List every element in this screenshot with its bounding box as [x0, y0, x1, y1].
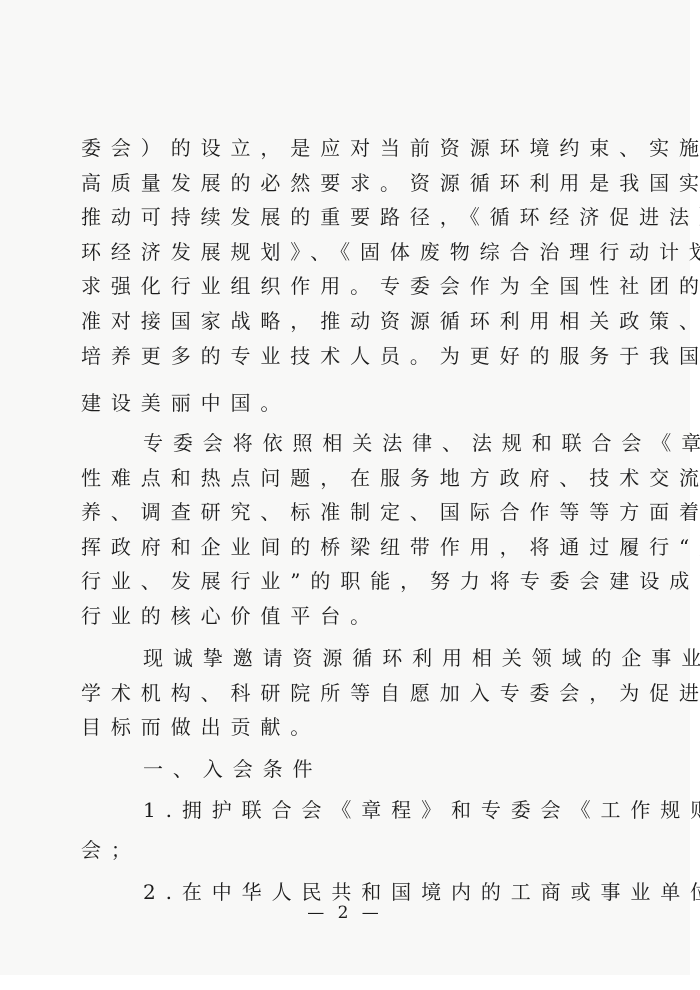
text-line: 建设美丽中国。: [81, 386, 611, 421]
text-line: 委会）的设立，是应对当前资源环境约束、实施双碳战略、推动: [81, 131, 611, 166]
text-line: 推动可持续发展的重要路径，《循环经济促进法》、《“十四五”循: [81, 200, 611, 235]
text-line: 环经济发展规划》、《固体废物综合治理行动计划》等政策明确要: [81, 235, 611, 270]
text-line: 会；: [81, 833, 611, 868]
text-line: 培养更多的专业技术人员。为更好的服务于我国的“双碳”战略，: [81, 339, 611, 374]
text-line: 挥政府和企业间的桥梁纽带作用，将通过履行“服务行业、自律: [81, 530, 611, 565]
text-line: 求强化行业组织作用。专委会作为全国性社团的分支机构，能精: [81, 269, 611, 304]
text-line: 目标而做出贡献。: [81, 710, 611, 745]
text-line: 行业、发展行业”的职能，努力将专委会建设成为资源循环利用: [81, 564, 611, 599]
paragraph-intro-continued: 委会）的设立，是应对当前资源环境约束、实施双碳战略、推动 高质量发展的必然要求。…: [81, 131, 611, 421]
page-number: — 2 —: [0, 903, 690, 923]
document-page: 委会）的设立，是应对当前资源环境约束、实施双碳战略、推动 高质量发展的必然要求。…: [0, 0, 690, 975]
text-line: 行业的核心价值平台。: [81, 599, 611, 634]
text-line: 准对接国家战略，推动资源循环利用相关政策、技术的有效落地，: [81, 304, 611, 339]
list-item-condition-1: 1.拥护联合会《章程》和专委会《工作规则》，自愿加入联合 会；: [81, 793, 611, 867]
section-heading-membership-conditions: 一、入会条件: [81, 752, 611, 787]
text-line: 性难点和热点问题，在服务地方政府、技术交流与落地、人才培: [81, 461, 611, 496]
text-line: 1.拥护联合会《章程》和专委会《工作规则》，自愿加入联合: [81, 793, 611, 828]
text-line: 高质量发展的必然要求。资源循环利用是我国实现“双碳”目标、: [81, 166, 611, 201]
paragraph-mission: 专委会将依照相关法律、法规和联合会《章程》，围绕行业共 性难点和热点问题，在服务…: [81, 426, 611, 634]
text-line: 学术机构、科研院所等自愿加入专委会，为促进中国实现“双碳”: [81, 676, 611, 711]
text-line: 养、调查研究、标准制定、国际合作等等方面着手开展工作，发: [81, 495, 611, 530]
paragraph-invitation: 现诚挚邀请资源循环利用相关领域的企事业单位、大专院校、 学术机构、科研院所等自愿…: [81, 641, 611, 745]
section-heading-text: 一、入会条件: [81, 752, 611, 787]
text-line: 专委会将依照相关法律、法规和联合会《章程》，围绕行业共: [81, 426, 611, 461]
text-line: 现诚挚邀请资源循环利用相关领域的企事业单位、大专院校、: [81, 641, 611, 676]
